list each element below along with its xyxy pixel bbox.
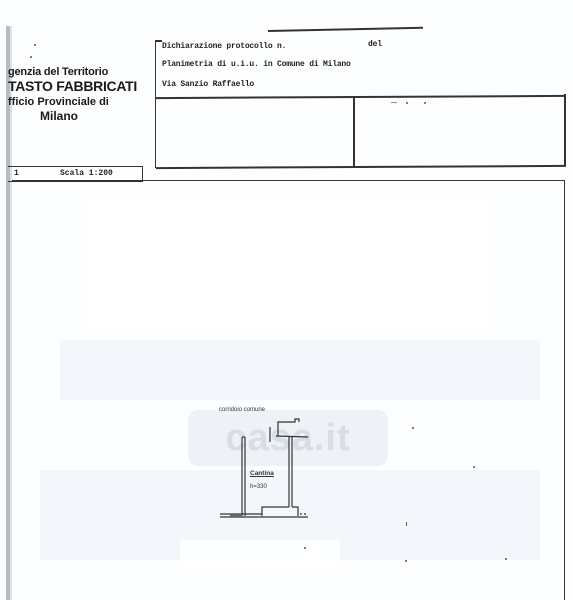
scan-speck [505, 558, 507, 560]
header-column-divider [353, 96, 355, 168]
address: Via Sanzio Raffaello [162, 80, 254, 89]
scan-speck [412, 427, 414, 429]
room-height-label: h=330 [250, 484, 267, 490]
scan-speck [405, 560, 407, 562]
agency-header: genzia del Territorio TASTO FABBRICATI f… [8, 66, 148, 123]
sheet-number: 1 [14, 169, 19, 178]
agency-city: Milano [8, 110, 148, 123]
scan-speck [406, 522, 407, 526]
blank-region [90, 196, 490, 332]
plan-description: Planimetria di u.i.u. in Comune di Milan… [162, 60, 351, 69]
scan-speck [424, 102, 426, 104]
declaration-label: Dichiarazione protocollo n. [162, 42, 286, 51]
header-info-box: Dichiarazione protocollo n. del Planimet… [155, 40, 566, 168]
header-right-border [564, 94, 566, 166]
scan-artifact-line [268, 27, 423, 32]
header-bottom-border [156, 165, 566, 169]
blank-region [180, 540, 340, 568]
agency-office: fficio Provinciale di [8, 96, 148, 108]
room-label: Cantina [250, 470, 274, 477]
cadastral-floor-plan-document: genzia del Territorio TASTO FABBRICATI f… [0, 0, 573, 600]
scan-speck [391, 102, 397, 103]
scan-noise-band [60, 340, 540, 400]
header-divider [156, 95, 566, 99]
date-label: del [368, 40, 382, 49]
agency-name: genzia del Territorio [8, 66, 148, 78]
agency-department: TASTO FABBRICATI [8, 79, 148, 94]
scan-speck [473, 466, 475, 468]
scan-speck [304, 547, 306, 549]
scan-speck [406, 102, 408, 104]
floor-plan-drawing [200, 400, 320, 525]
scale-label: Scala 1:200 [60, 169, 113, 178]
scan-speck [30, 56, 32, 58]
scan-speck [34, 44, 36, 46]
